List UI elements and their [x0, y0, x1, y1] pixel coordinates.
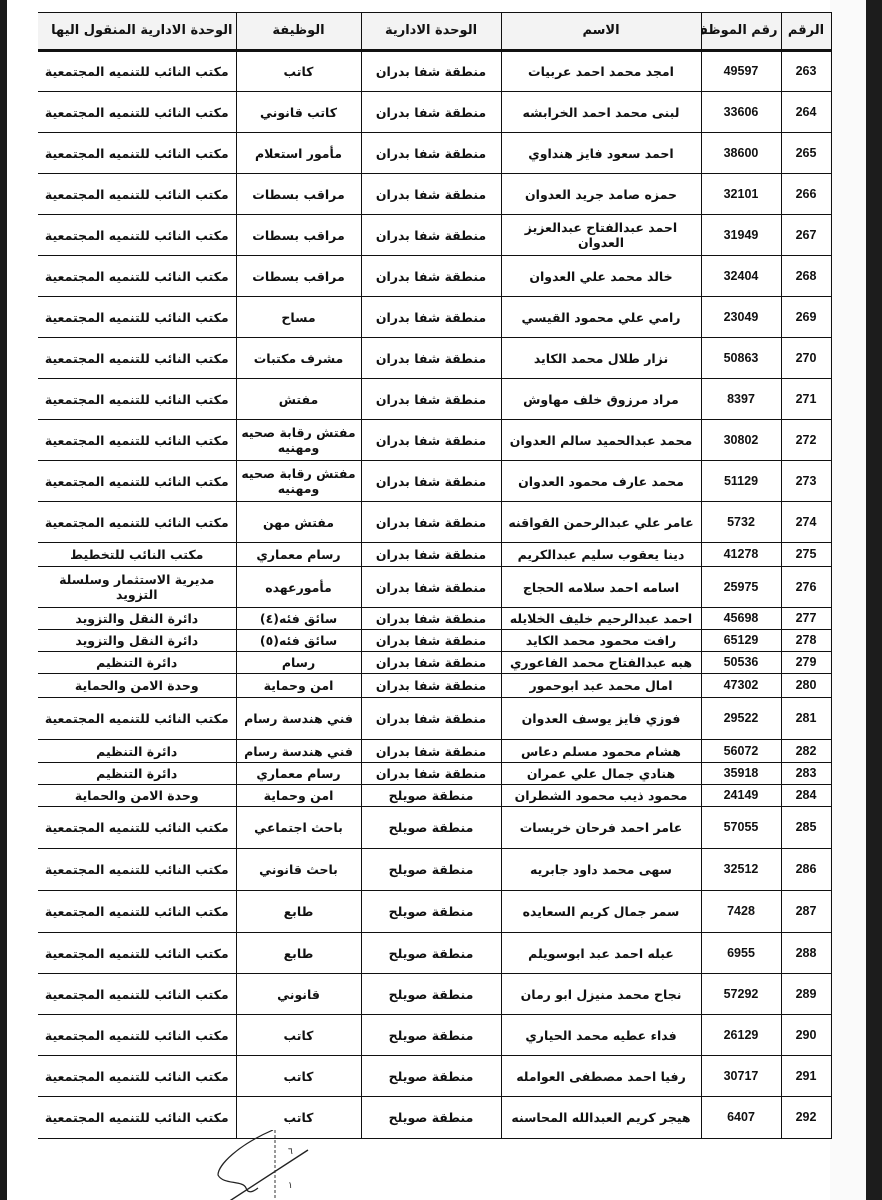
cell-number: 273 [781, 461, 831, 502]
cell-admin-unit: منطقة شفا بدران [361, 338, 501, 379]
cell-name: نجاح محمد منيزل ابو رمان [501, 974, 701, 1015]
cell-employee-id: 7428 [701, 891, 781, 933]
cell-admin-unit: منطقة شفا بدران [361, 256, 501, 297]
cell-number: 274 [781, 502, 831, 543]
cell-employee-id: 6955 [701, 933, 781, 974]
cell-name: رافت محمود محمد الكايد [501, 630, 701, 652]
cell-destination-unit: مكتب النائب للتنميه المجتمعية [38, 1015, 236, 1056]
cell-destination-unit: مكتب النائب للتنميه المجتمعية [38, 133, 236, 174]
cell-admin-unit: منطقة شفا بدران [361, 461, 501, 502]
header-destination-unit: الوحدة الادارية المنقول اليها [38, 13, 236, 51]
cell-job: رسام معماري [236, 543, 361, 567]
cell-employee-id: 33606 [701, 92, 781, 133]
cell-number: 278 [781, 630, 831, 652]
cell-job: كاتب [236, 51, 361, 92]
cell-job: مفتش رقابة صحيه ومهنيه [236, 461, 361, 502]
cell-destination-unit: مكتب النائب للتنميه المجتمعية [38, 256, 236, 297]
cell-destination-unit: مكتب النائب للتنميه المجتمعية [38, 297, 236, 338]
cell-job: مأمور استعلام [236, 133, 361, 174]
cell-job: باحث قانوني [236, 849, 361, 891]
cell-name: محمد عارف محمود العدوان [501, 461, 701, 502]
cell-name: لبنى محمد احمد الخرابشه [501, 92, 701, 133]
header-job: الوظيفة [236, 13, 361, 51]
cell-admin-unit: منطقة شفا بدران [361, 133, 501, 174]
cell-number: 283 [781, 763, 831, 785]
table-row: 27625975اسامه احمد سلامه الحجاجمنطقة شفا… [38, 567, 831, 608]
cell-job: امن وحماية [236, 785, 361, 807]
cell-employee-id: 49597 [701, 51, 781, 92]
cell-destination-unit: مديرية الاستثمار وسلسلة التزويد [38, 567, 236, 608]
table-header-row: الرقم رقم الموظف الاسم الوحدة الادارية ا… [38, 13, 831, 51]
cell-employee-id: 47302 [701, 674, 781, 698]
table-body: 26349597امجد محمد احمد عربياتمنطقة شفا ب… [38, 51, 831, 1139]
cell-destination-unit: مكتب النائب للتنميه المجتمعية [38, 92, 236, 133]
cell-name: دينا يعقوب سليم عبدالكريم [501, 543, 701, 567]
table-row: 28129522فوزي فايز يوسف العدوانمنطقة شفا … [38, 698, 831, 740]
cell-employee-id: 51129 [701, 461, 781, 502]
cell-employee-id: 50536 [701, 652, 781, 674]
cell-job: طابع [236, 933, 361, 974]
cell-employee-id: 30717 [701, 1056, 781, 1097]
cell-job: باحث اجتماعي [236, 807, 361, 849]
cell-number: 271 [781, 379, 831, 420]
cell-admin-unit: منطقة شفا بدران [361, 174, 501, 215]
cell-admin-unit: منطقة شفا بدران [361, 51, 501, 92]
document-page: الرقم رقم الموظف الاسم الوحدة الادارية ا… [38, 12, 831, 1162]
header-employee-id: رقم الموظف [701, 13, 781, 51]
cell-job: مفتش رقابة صحيه ومهنيه [236, 420, 361, 461]
cell-employee-id: 8397 [701, 379, 781, 420]
cell-number: 267 [781, 215, 831, 256]
page-margin [830, 0, 866, 1200]
cell-job: طابع [236, 891, 361, 933]
table-row: 27950536هبه عبدالفتاح محمد الفاعوريمنطقة… [38, 652, 831, 674]
table-row: 28632512سهى محمد داود جابريهمنطقة صويلحب… [38, 849, 831, 891]
cell-admin-unit: منطقة صويلح [361, 1097, 501, 1139]
table-row: 2877428سمر جمال كريم السعايدهمنطقة صويلح… [38, 891, 831, 933]
cell-destination-unit: مكتب النائب للتنميه المجتمعية [38, 502, 236, 543]
cell-admin-unit: منطقة شفا بدران [361, 674, 501, 698]
cell-job: مراقب بسطات [236, 256, 361, 297]
cell-admin-unit: منطقة شفا بدران [361, 652, 501, 674]
table-row: 29026129فداء عطيه محمد الحياريمنطقة صويل… [38, 1015, 831, 1056]
cell-destination-unit: مكتب النائب للتنميه المجتمعية [38, 1056, 236, 1097]
employee-transfer-table: الرقم رقم الموظف الاسم الوحدة الادارية ا… [38, 12, 832, 1139]
cell-job: رسام [236, 652, 361, 674]
cell-number: 290 [781, 1015, 831, 1056]
svg-text:١: ١ [288, 1181, 293, 1191]
scan-right-border [866, 0, 882, 1200]
cell-name: نزار طلال محمد الكايد [501, 338, 701, 379]
cell-destination-unit: دائرة التنظيم [38, 652, 236, 674]
cell-number: 282 [781, 740, 831, 763]
cell-name: هبه عبدالفتاح محمد الفاعوري [501, 652, 701, 674]
table-row: 28335918هنادي جمال علي عمرانمنطقة شفا بد… [38, 763, 831, 785]
cell-employee-id: 31949 [701, 215, 781, 256]
table-row: 27050863نزار طلال محمد الكايدمنطقة شفا ب… [38, 338, 831, 379]
cell-job: كاتب [236, 1015, 361, 1056]
cell-destination-unit: دائرة التنظيم [38, 740, 236, 763]
table-row: 26433606لبنى محمد احمد الخرابشهمنطقة شفا… [38, 92, 831, 133]
cell-employee-id: 32101 [701, 174, 781, 215]
table-row: 27351129محمد عارف محمود العدوانمنطقة شفا… [38, 461, 831, 502]
cell-admin-unit: منطقة شفا بدران [361, 567, 501, 608]
cell-employee-id: 41278 [701, 543, 781, 567]
cell-admin-unit: منطقة شفا بدران [361, 740, 501, 763]
cell-name: عامر احمد فرحان خريسات [501, 807, 701, 849]
cell-destination-unit: مكتب النائب للتنميه المجتمعية [38, 338, 236, 379]
cell-number: 280 [781, 674, 831, 698]
table-row: 28557055عامر احمد فرحان خريساتمنطقة صويل… [38, 807, 831, 849]
header-number: الرقم [781, 13, 831, 51]
cell-destination-unit: دائرة النقل والتزويد [38, 608, 236, 630]
cell-job: مشرف مكتبات [236, 338, 361, 379]
cell-number: 265 [781, 133, 831, 174]
table-row: 29130717رفيا احمد مصطفى العواملهمنطقة صو… [38, 1056, 831, 1097]
cell-destination-unit: مكتب النائب للتنميه المجتمعية [38, 891, 236, 933]
table-row: 26731949احمد عبدالفتاح عبدالعزيز العدوان… [38, 215, 831, 256]
table-row: 26923049رامي علي محمود القيسيمنطقة شفا ب… [38, 297, 831, 338]
cell-destination-unit: مكتب النائب للتنميه المجتمعية [38, 974, 236, 1015]
cell-job: مفتش مهن [236, 502, 361, 543]
cell-name: حمزه صامد جريد العدوان [501, 174, 701, 215]
table-row: 27541278دينا يعقوب سليم عبدالكريممنطقة ش… [38, 543, 831, 567]
cell-employee-id: 65129 [701, 630, 781, 652]
scan-left-border [0, 0, 7, 1200]
cell-name: خالد محمد علي العدوان [501, 256, 701, 297]
cell-destination-unit: مكتب النائب للتخطيط [38, 543, 236, 567]
cell-number: 269 [781, 297, 831, 338]
cell-destination-unit: مكتب النائب للتنميه المجتمعية [38, 849, 236, 891]
cell-employee-id: 45698 [701, 608, 781, 630]
cell-name: اسامه احمد سلامه الحجاج [501, 567, 701, 608]
cell-name: فوزي فايز يوسف العدوان [501, 698, 701, 740]
cell-number: 264 [781, 92, 831, 133]
cell-employee-id: 6407 [701, 1097, 781, 1139]
cell-employee-id: 32404 [701, 256, 781, 297]
cell-job: مراقب بسطات [236, 174, 361, 215]
cell-job: سائق فئه(٥) [236, 630, 361, 652]
cell-name: محمود ذيب محمود الشطران [501, 785, 701, 807]
cell-number: 285 [781, 807, 831, 849]
cell-destination-unit: وحدة الامن والحماية [38, 785, 236, 807]
table-row: 28256072هشام محمود مسلم دعاسمنطقة شفا بد… [38, 740, 831, 763]
cell-admin-unit: منطقة صويلح [361, 974, 501, 1015]
cell-admin-unit: منطقة صويلح [361, 933, 501, 974]
cell-admin-unit: منطقة شفا بدران [361, 630, 501, 652]
cell-name: مراد مرزوق خلف مهاوش [501, 379, 701, 420]
cell-job: فني هندسة رسام [236, 698, 361, 740]
cell-job: قانوني [236, 974, 361, 1015]
cell-job: كاتب [236, 1056, 361, 1097]
cell-job: رسام معماري [236, 763, 361, 785]
cell-number: 266 [781, 174, 831, 215]
cell-destination-unit: مكتب النائب للتنميه المجتمعية [38, 215, 236, 256]
header-admin-unit: الوحدة الادارية [361, 13, 501, 51]
table-row: 26632101حمزه صامد جريد العدوانمنطقة شفا … [38, 174, 831, 215]
cell-name: سمر جمال كريم السعايده [501, 891, 701, 933]
cell-number: 275 [781, 543, 831, 567]
cell-number: 263 [781, 51, 831, 92]
cell-destination-unit: مكتب النائب للتنميه المجتمعية [38, 461, 236, 502]
cell-destination-unit: مكتب النائب للتنميه المجتمعية [38, 379, 236, 420]
cell-employee-id: 38600 [701, 133, 781, 174]
table-row: 28047302امال محمد عبد ابوحمورمنطقة شفا ب… [38, 674, 831, 698]
cell-number: 284 [781, 785, 831, 807]
cell-number: 291 [781, 1056, 831, 1097]
cell-number: 277 [781, 608, 831, 630]
cell-admin-unit: منطقة شفا بدران [361, 420, 501, 461]
cell-name: عامر علي عبدالرحمن القواقنه [501, 502, 701, 543]
cell-employee-id: 29522 [701, 698, 781, 740]
cell-destination-unit: دائرة النقل والتزويد [38, 630, 236, 652]
table-row: 27230802محمد عبدالحميد سالم العدوانمنطقة… [38, 420, 831, 461]
cell-admin-unit: منطقة شفا بدران [361, 698, 501, 740]
cell-admin-unit: منطقة شفا بدران [361, 608, 501, 630]
cell-destination-unit: وحدة الامن والحماية [38, 674, 236, 698]
cell-admin-unit: منطقة صويلح [361, 1015, 501, 1056]
cell-destination-unit: مكتب النائب للتنميه المجتمعية [38, 698, 236, 740]
cell-destination-unit: مكتب النائب للتنميه المجتمعية [38, 807, 236, 849]
cell-admin-unit: منطقة صويلح [361, 1056, 501, 1097]
cell-name: امال محمد عبد ابوحمور [501, 674, 701, 698]
cell-admin-unit: منطقة صويلح [361, 807, 501, 849]
cell-job: مأمورعهده [236, 567, 361, 608]
cell-number: 292 [781, 1097, 831, 1139]
cell-destination-unit: مكتب النائب للتنميه المجتمعية [38, 51, 236, 92]
header-name: الاسم [501, 13, 701, 51]
cell-job: امن وحماية [236, 674, 361, 698]
cell-name: احمد سعود فايز هنداوي [501, 133, 701, 174]
cell-name: هيجر كريم العبدالله المحاسنه [501, 1097, 701, 1139]
cell-employee-id: 26129 [701, 1015, 781, 1056]
cell-destination-unit: مكتب النائب للتنميه المجتمعية [38, 933, 236, 974]
cell-admin-unit: منطقة شفا بدران [361, 297, 501, 338]
cell-name: هشام محمود مسلم دعاس [501, 740, 701, 763]
cell-name: عبله احمد عبد ابوسويلم [501, 933, 701, 974]
cell-admin-unit: منطقة صويلح [361, 785, 501, 807]
cell-destination-unit: مكتب النائب للتنميه المجتمعية [38, 174, 236, 215]
cell-employee-id: 23049 [701, 297, 781, 338]
cell-destination-unit: دائرة التنظيم [38, 763, 236, 785]
table-row: 27865129رافت محمود محمد الكايدمنطقة شفا … [38, 630, 831, 652]
cell-name: احمد عبدالرحيم خليف الخلايله [501, 608, 701, 630]
cell-employee-id: 32512 [701, 849, 781, 891]
cell-job: كاتب قانوني [236, 92, 361, 133]
cell-admin-unit: منطقة صويلح [361, 849, 501, 891]
cell-admin-unit: منطقة شفا بدران [361, 379, 501, 420]
cell-number: 286 [781, 849, 831, 891]
cell-admin-unit: منطقة شفا بدران [361, 92, 501, 133]
cell-employee-id: 57292 [701, 974, 781, 1015]
table-row: 2926407هيجر كريم العبدالله المحاسنهمنطقة… [38, 1097, 831, 1139]
cell-name: سهى محمد داود جابريه [501, 849, 701, 891]
cell-number: 270 [781, 338, 831, 379]
table-row: 2745732عامر علي عبدالرحمن القواقنهمنطقة … [38, 502, 831, 543]
cell-number: 289 [781, 974, 831, 1015]
cell-admin-unit: منطقة صويلح [361, 891, 501, 933]
cell-number: 288 [781, 933, 831, 974]
signature-icon: ٦ ١ [198, 1130, 338, 1200]
cell-employee-id: 30802 [701, 420, 781, 461]
cell-admin-unit: منطقة شفا بدران [361, 763, 501, 785]
cell-name: رفيا احمد مصطفى العوامله [501, 1056, 701, 1097]
cell-number: 272 [781, 420, 831, 461]
cell-name: هنادي جمال علي عمران [501, 763, 701, 785]
cell-job: مراقب بسطات [236, 215, 361, 256]
cell-name: فداء عطيه محمد الحياري [501, 1015, 701, 1056]
cell-employee-id: 56072 [701, 740, 781, 763]
cell-employee-id: 25975 [701, 567, 781, 608]
cell-employee-id: 35918 [701, 763, 781, 785]
table-row: 27745698احمد عبدالرحيم خليف الخلايلهمنطق… [38, 608, 831, 630]
cell-name: احمد عبدالفتاح عبدالعزيز العدوان [501, 215, 701, 256]
cell-employee-id: 50863 [701, 338, 781, 379]
cell-employee-id: 5732 [701, 502, 781, 543]
cell-admin-unit: منطقة شفا بدران [361, 215, 501, 256]
cell-job: مساح [236, 297, 361, 338]
table-row: 26349597امجد محمد احمد عربياتمنطقة شفا ب… [38, 51, 831, 92]
cell-number: 281 [781, 698, 831, 740]
table-row: 2718397مراد مرزوق خلف مهاوشمنطقة شفا بدر… [38, 379, 831, 420]
table-row: 2886955عبله احمد عبد ابوسويلممنطقة صويلح… [38, 933, 831, 974]
cell-employee-id: 57055 [701, 807, 781, 849]
cell-job: فني هندسة رسام [236, 740, 361, 763]
cell-number: 276 [781, 567, 831, 608]
table-row: 26538600احمد سعود فايز هنداويمنطقة شفا ب… [38, 133, 831, 174]
cell-number: 279 [781, 652, 831, 674]
cell-name: رامي علي محمود القيسي [501, 297, 701, 338]
svg-text:٦: ٦ [288, 1147, 293, 1157]
cell-job: مفتش [236, 379, 361, 420]
cell-number: 268 [781, 256, 831, 297]
cell-name: محمد عبدالحميد سالم العدوان [501, 420, 701, 461]
cell-admin-unit: منطقة شفا بدران [361, 502, 501, 543]
cell-employee-id: 24149 [701, 785, 781, 807]
table-row: 28957292نجاح محمد منيزل ابو رمانمنطقة صو… [38, 974, 831, 1015]
table-row: 26832404خالد محمد علي العدوانمنطقة شفا ب… [38, 256, 831, 297]
table-row: 28424149محمود ذيب محمود الشطرانمنطقة صوي… [38, 785, 831, 807]
cell-destination-unit: مكتب النائب للتنميه المجتمعية [38, 420, 236, 461]
cell-name: امجد محمد احمد عربيات [501, 51, 701, 92]
cell-admin-unit: منطقة شفا بدران [361, 543, 501, 567]
cell-job: سائق فئه(٤) [236, 608, 361, 630]
cell-number: 287 [781, 891, 831, 933]
